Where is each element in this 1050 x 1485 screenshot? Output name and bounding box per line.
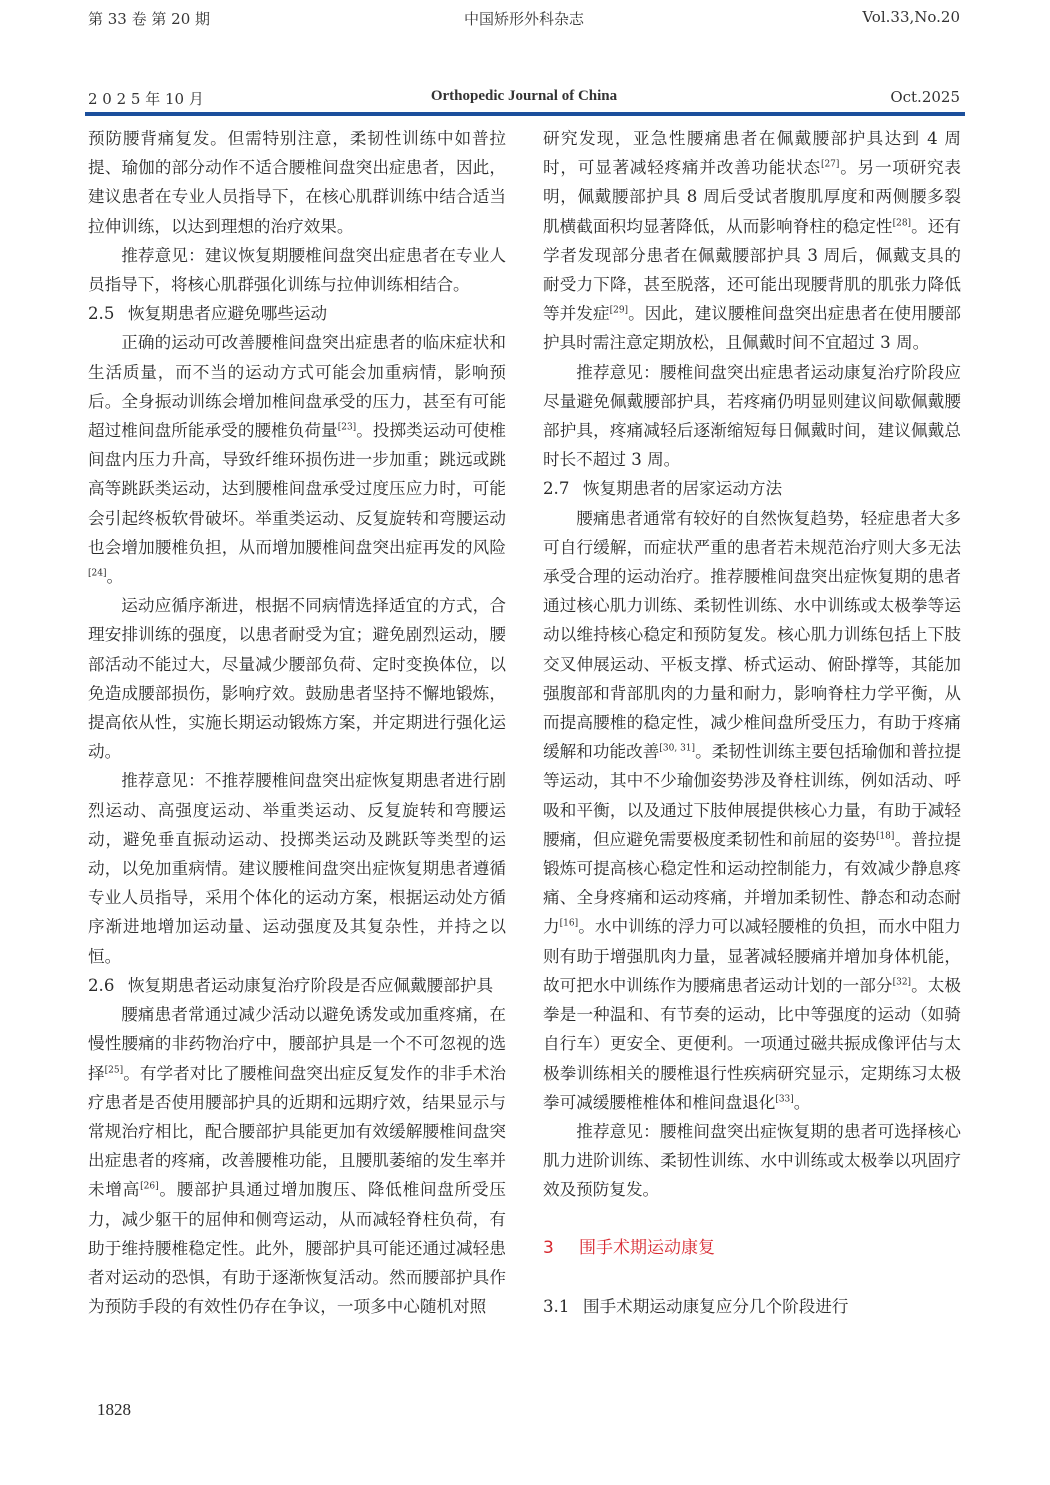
paragraph: 预防腰背痛复发。但需特别注意，柔韧性训练中如普拉提、瑜伽的部分动作不适合腰椎间盘…: [88, 124, 506, 241]
section-title: 恢复期患者的居家运动方法: [583, 479, 782, 498]
section-title: 恢复期患者运动康复治疗阶段是否应佩戴腰部护具: [128, 976, 493, 995]
section-title: 围手术期运动康复: [579, 1238, 715, 1258]
citation: [23]: [338, 423, 356, 433]
section-number: 2.6: [88, 971, 128, 1000]
section-heading-2-7: 2.7恢复期患者的居家运动方法: [543, 474, 961, 503]
page-number: 1828: [97, 1400, 131, 1420]
header-row-1: 第 33 卷 第 20 期 中国矫形外科杂志 Vol.33,No.20: [88, 8, 960, 32]
left-column: 预防腰背痛复发。但需特别注意，柔韧性训练中如普拉提、瑜伽的部分动作不适合腰椎间盘…: [88, 124, 506, 1321]
citation: [32]: [893, 977, 911, 987]
volume-issue-en: Vol.33,No.20: [862, 8, 960, 26]
citation: [18]: [876, 831, 894, 841]
paragraph: 正确的运动可改善腰椎间盘突出症患者的临床症状和生活质量，而不当的运动方式可能会加…: [88, 328, 506, 591]
paragraph: 腰痛患者通常有较好的自然恢复趋势，轻症患者大多可自行缓解，而症状严重的患者若未规…: [543, 504, 961, 1117]
recommendation-paragraph: 推荐意见：不推荐腰椎间盘突出症恢复期患者进行剧烈运动、高强度运动、举重类运动、反…: [88, 766, 506, 970]
section-heading-2-6: 2.6恢复期患者运动康复治疗阶段是否应佩戴腰部护具: [88, 971, 506, 1000]
citation: [16]: [560, 919, 578, 929]
section-title: 围手术期运动康复应分几个阶段进行: [583, 1297, 849, 1316]
text: 。: [794, 1093, 811, 1112]
citation: [30, 31]: [659, 744, 695, 754]
date-en: Oct.2025: [890, 88, 960, 106]
section-heading-3-1: 3.1围手术期运动康复应分几个阶段进行: [543, 1292, 961, 1321]
citation: [26]: [140, 1182, 158, 1192]
journal-title-cn: 中国矫形外科杂志: [88, 8, 960, 29]
text: 。太极拳是一种温和、有节奏的运动，比中等强度的运动（如骑自行车）更安全、更便利。…: [543, 976, 961, 1112]
section-title: 恢复期患者应避免哪些运动: [128, 304, 327, 323]
section-number: 3.1: [543, 1292, 583, 1321]
citation: [24]: [88, 569, 106, 579]
section-number: 2.7: [543, 474, 583, 503]
paragraph: 腰痛患者常通过减少活动以避免诱发或加重疼痛，在慢性腰痛的非药物治疗中，腰部护具是…: [88, 1000, 506, 1321]
header-rule: [85, 112, 965, 116]
citation: [27]: [821, 160, 839, 170]
section-number: 3: [543, 1234, 579, 1263]
recommendation-paragraph: 推荐意见：建议恢复期腰椎间盘突出症患者在专业人员指导下，将核心肌群强化训练与拉伸…: [88, 241, 506, 299]
section-heading-2-5: 2.5恢复期患者应避免哪些运动: [88, 299, 506, 328]
text: 腰痛患者通常有较好的自然恢复趋势，轻症患者大多可自行缓解，而症状严重的患者若未规…: [543, 509, 961, 762]
header-row-2: 2 0 2 5 年 10 月 Orthopedic Journal of Chi…: [88, 88, 960, 112]
journal-title-en: Orthopedic Journal of China: [88, 88, 960, 105]
citation: [33]: [775, 1094, 793, 1104]
citation: [29]: [610, 306, 628, 316]
paragraph: 研究发现，亚急性腰痛患者在佩戴腰部护具达到 4 周时，可显著减轻疼痛并改善功能状…: [543, 124, 961, 358]
section-heading-3: 3围手术期运动康复: [543, 1234, 961, 1263]
section-number: 2.5: [88, 299, 128, 328]
text: 。有学者对比了腰椎间盘突出症反复发作的非手术治疗患者是否使用腰部护具的近期和远期…: [88, 1064, 506, 1200]
text: 。腰部护具通过增加腹压、降低椎间盘所受压力，减少躯干的屈伸和侧弯运动，从而减轻脊…: [88, 1180, 506, 1316]
text: 。: [106, 567, 123, 586]
citation: [28]: [893, 218, 911, 228]
recommendation-paragraph: 推荐意见：腰椎间盘突出症恢复期的患者可选择核心肌力进阶训练、柔韧性训练、水中训练…: [543, 1117, 961, 1205]
recommendation-paragraph: 推荐意见：腰椎间盘突出症患者运动康复治疗阶段应尽量避免佩戴腰部护具，若疼痛仍明显…: [543, 358, 961, 475]
paragraph: 运动应循序渐进，根据不同病情选择适宜的方式，合理安排训练的强度，以患者耐受为宜；…: [88, 591, 506, 766]
citation: [25]: [105, 1065, 123, 1075]
right-column: 研究发现，亚急性腰痛患者在佩戴腰部护具达到 4 周时，可显著减轻疼痛并改善功能状…: [543, 124, 961, 1321]
text: 。投掷类运动可使椎间盘内压力升高，导致纤维环损伤进一步加重；跳远或跳高等跳跃类运…: [88, 421, 506, 557]
